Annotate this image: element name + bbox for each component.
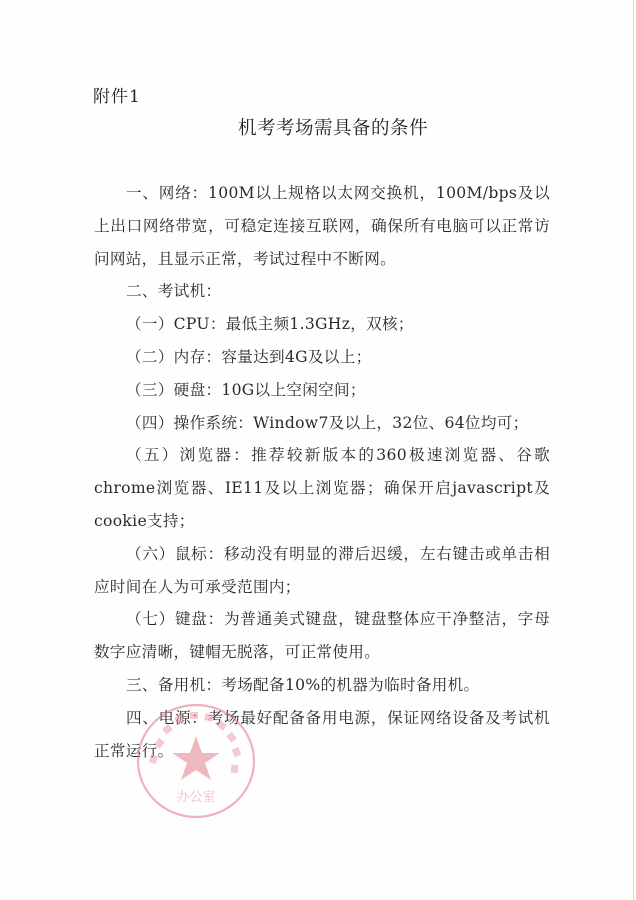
paragraph-os: （四）操作系统：Window7及以上，32位、64位均可； [94,407,550,440]
paragraph-cpu: （一）CPU：最低主频1.3GHz，双核； [94,308,550,341]
document-page: 附件1 机考考场需具备的条件 一、网络：100M以上规格以太网交换机，100M/… [0,0,636,900]
paragraph-mouse: （六）鼠标：移动没有明显的滞后迟缓，左右键击或单击相应时间在人为可承受范围内； [94,538,550,604]
attachment-label: 附件1 [93,86,141,108]
paragraph-keyboard: （七）键盘：为普通美式键盘，键盘整体应干净整洁，字母数字应清晰，键帽无脱落，可正… [94,603,550,669]
paragraph-network: 一、网络：100M以上规格以太网交换机，100M/bps及以上出口网络带宽，可稳… [94,177,550,275]
paragraph-memory: （二）内存：容量达到4G及以上； [94,341,550,374]
document-title: 机考考场需具备的条件 [0,117,636,141]
paragraph-backup-machine: 三、备用机：考场配备10%的机器为临时备用机。 [94,669,550,702]
paragraph-exam-machine-heading: 二、考试机： [94,275,550,308]
official-seal-stamp: 办公室 [135,702,257,820]
paragraph-browser: （五）浏览器：推荐较新版本的360极速浏览器、谷歌chrome浏览器、IE11及… [94,439,550,537]
seal-icon: 办公室 [135,702,257,820]
seal-bottom-text: 办公室 [176,789,215,805]
paragraph-disk: （三）硬盘：10G以上空闲空间； [94,374,550,407]
document-body: 一、网络：100M以上规格以太网交换机，100M/bps及以上出口网络带宽，可稳… [94,177,550,767]
